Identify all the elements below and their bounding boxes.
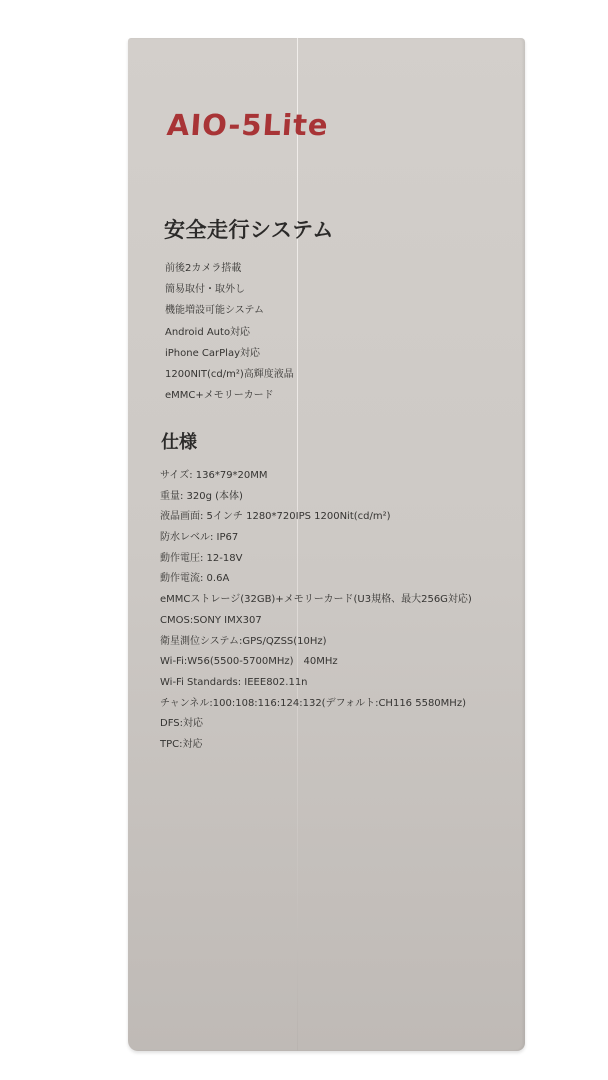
- spec-item: サイズ: 136*79*20MM: [160, 471, 472, 481]
- spec-item: チャンネル:100:108:116:124:132(デフォルト:CH116 55…: [160, 699, 472, 709]
- feature-item: iPhone CarPlay対応: [165, 349, 294, 359]
- spec-item: CMOS:SONY IMX307: [160, 616, 472, 626]
- brand-title: AIO-5Lite: [166, 108, 330, 142]
- features-list: 前後2カメラ搭載 簡易取付・取外し 機能増設可能システム Android Aut…: [165, 264, 294, 412]
- features-heading: 安全走行システム: [164, 214, 334, 244]
- spec-item: 重量: 320g (本体): [160, 492, 472, 502]
- spec-item: 液晶画面: 5インチ 1280*720IPS 1200Nit(cd/m²): [160, 512, 472, 522]
- spec-item: eMMCストレージ(32GB)+メモリーカード(U3規格、最大256G対応): [160, 595, 472, 605]
- feature-item: Android Auto対応: [165, 328, 294, 338]
- feature-item: eMMC+メモリーカード: [165, 391, 294, 401]
- spec-item: TPC:対応: [160, 740, 472, 750]
- spec-item: Wi-Fi:W56(5500-5700MHz) 40MHz: [160, 657, 472, 667]
- spec-item: Wi-Fi Standards: IEEE802.11n: [160, 678, 472, 688]
- product-box: AIO-5Lite 安全走行システム 前後2カメラ搭載 簡易取付・取外し 機能増…: [128, 38, 525, 1051]
- feature-item: 1200NIT(cd/m²)高輝度液晶: [165, 370, 294, 380]
- spec-item: 衛星測位システム:GPS/QZSS(10Hz): [160, 637, 472, 647]
- specs-list: サイズ: 136*79*20MM 重量: 320g (本体) 液晶画面: 5イン…: [160, 471, 472, 761]
- spec-item: DFS:対応: [160, 719, 472, 729]
- spec-item: 動作電流: 0.6A: [160, 574, 472, 584]
- spec-item: 防水レベル: IP67: [160, 533, 472, 543]
- feature-item: 前後2カメラ搭載: [165, 264, 294, 274]
- specs-heading: 仕様: [161, 428, 197, 454]
- feature-item: 簡易取付・取外し: [165, 285, 294, 295]
- feature-item: 機能増設可能システム: [165, 306, 294, 316]
- spec-item: 動作電圧: 12-18V: [160, 554, 472, 564]
